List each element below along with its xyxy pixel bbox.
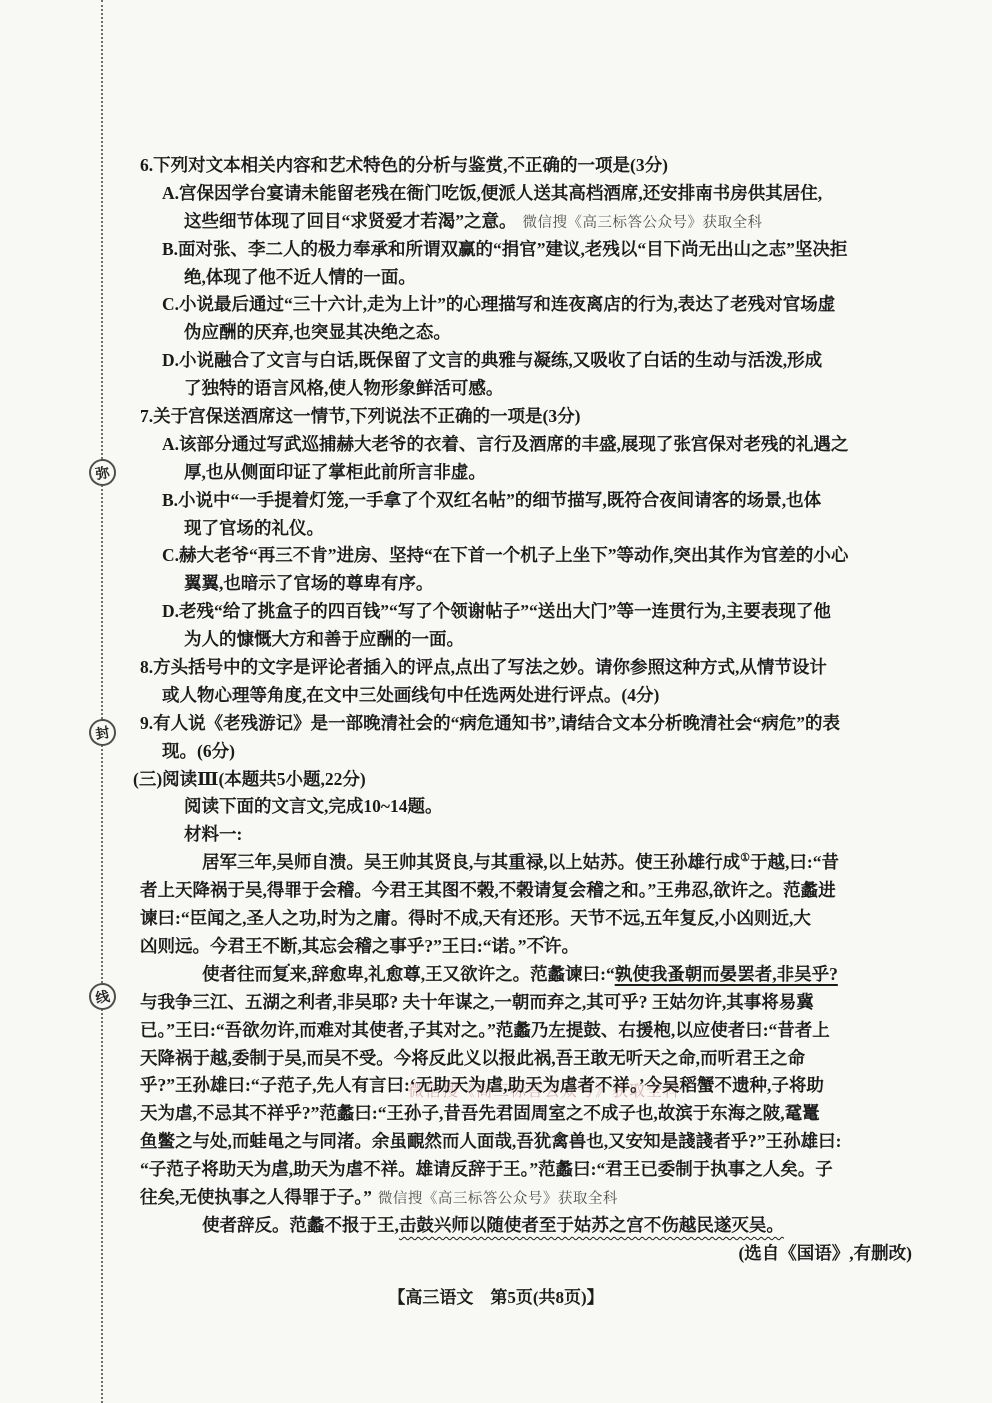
text-line: 鱼鳖之与处,而蛙黾之与同渚。余虽靦然而人面哉,吾犹禽兽也,又安知是諓諓者乎?”王… xyxy=(140,1128,940,1156)
text-segment: 已。”王曰:“吾欲勿许,而难对其使者,子其对之。”范蠡乃左提鼓、右援枹,以应使者… xyxy=(140,1020,830,1040)
text-segment: ,其忘会稽之事乎?”王曰:“诺。”不许。 xyxy=(298,936,579,956)
watermark-text: 微信搜《高三标答公众号》获取全科 xyxy=(378,1191,618,1207)
text-segment: 9.有人说《老残游记》是一部晚清社会的“病危通知书”,请结合文本分析晚清社会“病… xyxy=(140,713,840,733)
text-segment: 现了官场的礼仪。 xyxy=(184,518,324,538)
text-line: 了独特的语言风格,使人物形象鲜活可感。 xyxy=(140,375,940,403)
text-line: 使者辞反。范蠡不报于王,击鼓兴师以随使者至于姑苏之宫不伤越民遂灭吴。 xyxy=(140,1212,940,1240)
text-line: C.赫大老爷“再三不肯”进房、坚持“在下首一个机子上坐下”等动作,突出其作为官差… xyxy=(140,542,940,570)
text-segment: 与我争三江、五湖之利者,非吴耶? 夫十年谋之,一朝而弃之,其可乎? 王姑勿许,其… xyxy=(140,992,814,1012)
text-line: 者上天降祸于吴,得罪于会稽。今君王其图不榖,不榖请复会稽之和。”王弗忍,欲许之。… xyxy=(140,877,940,905)
text-segment: “子范子将助天为虐,助天为虐不祥。雄请反辞于王。”范蠡曰:“君王已委制于执事之人… xyxy=(140,1159,833,1179)
text-segment: D.小说融合了文言与白话,既保留了文言的典雅与凝练,又吸收了白话的生动与活泼,形… xyxy=(162,350,822,370)
text-segment: 使者往而复来,辞愈卑,礼愈尊,王又欲许之。范蠡谏曰:“ xyxy=(202,964,615,984)
text-segment: 者上天降祸于吴,得罪于会稽。今君王其图不榖,不榖请复会稽之和。”王弗忍,欲许之。… xyxy=(140,880,836,900)
page-footer: 【高三语文 第5页(共8页)】 xyxy=(0,1283,992,1308)
seal-stamp-xian: 线 xyxy=(87,981,118,1012)
text-line: (三)阅读Ⅲ(本题共5小题,22分) xyxy=(133,766,940,794)
seal-dotted-line xyxy=(101,0,103,1403)
text-segment: 凶则远。今君王不 xyxy=(140,936,280,956)
text-segment: 6.下列对文本相关内容和艺术特色的分析与鉴赏,不正确的一项是(3分) xyxy=(140,155,668,175)
text-line: 谏曰:“臣闻之,圣人之功,时为之庸。得时不成,天有还形。天节不远,五年复反,小凶… xyxy=(140,905,940,933)
text-segment: 居军三年,吴师自溃。吴王帅其贤良,与其重禄,以上姑苏。使王孙雄行成 xyxy=(202,852,740,872)
text-line: 7.关于宫保送酒席这一情节,下列说法不正确的一项是(3分) xyxy=(140,403,940,431)
text-line: 厚,也从侧面印证了掌柜此前所言非虚。 xyxy=(140,459,940,487)
text-line: 6.下列对文本相关内容和艺术特色的分析与鉴赏,不正确的一项是(3分) xyxy=(140,152,940,180)
text-segment: A.宫保因学台宴请未能留老残在衙门吃饭,便派人送其高档酒席,还安排南书房供其居住… xyxy=(162,183,822,203)
text-segment: 使者辞反。范蠡不报于王, xyxy=(202,1215,399,1235)
text-line: 这些细节体现了回目“求贤爱才若渴”之意。微信搜《高三标答公众号》获取全科 xyxy=(140,208,940,236)
text-line: 8.方头括号中的文字是评论者插入的评点,点出了写法之妙。请你参照这种方式,从情节… xyxy=(140,654,940,682)
text-segment: C.小说最后通过“三十六计,走为上计”的心理描写和连夜离店的行为,表达了老残对官… xyxy=(162,294,835,314)
text-segment: 了独特的语言风格,使人物形象鲜活可感。 xyxy=(184,378,503,398)
text-line: “子范子将助天为虐,助天为虐不祥。雄请反辞于王。”范蠡曰:“君王已委制于执事之人… xyxy=(140,1156,940,1184)
seal-stamp-mi: 弥 xyxy=(87,457,118,488)
text-segment: B.面对张、李二人的极力奉承和所谓双赢的“捐官”建议,老残以“目下尚无出山之志”… xyxy=(162,239,847,259)
text-line: A.该部分通过写武巡捕赫大老爷的衣着、言行及酒席的丰盛,展现了张宫保对老残的礼遇… xyxy=(140,431,940,459)
text-segment: 7.关于宫保送酒席这一情节,下列说法不正确的一项是(3分) xyxy=(140,406,580,426)
seal-char: 弥 xyxy=(94,461,111,483)
text-segment: 材料一: xyxy=(184,824,242,844)
text-segment: B.小说中“一手提着灯笼,一手拿了个双红名帖”的细节描写,既符合夜间请客的场景,… xyxy=(162,490,821,510)
text-line: D.老残“给了挑盒子的四百钱”“写了个领谢帖子”“送出大门”等一连贯行为,主要表… xyxy=(140,598,940,626)
text-segment: 这些细节体现了回目“求贤爱才若渴”之意。 xyxy=(184,211,517,231)
text-segment: 天为虐,不忌其不祥乎?”范蠡曰:“王孙子,昔吾先君固周室之不成子也,故滨于东海之… xyxy=(140,1103,820,1123)
watermark-text: 微信搜《高三标答公众号》获取全科 xyxy=(523,215,763,231)
text-segment: 或人物心理等角度,在文中三处画线句中任选两处进行评点。(4分) xyxy=(162,685,659,705)
text-segment: D.老残“给了挑盒子的四百钱”“写了个领谢帖子”“送出大门”等一连贯行为,主要表… xyxy=(162,601,831,621)
text-segment: (选自《国语》,有删改) xyxy=(738,1243,912,1263)
text-line: 使者往而复来,辞愈卑,礼愈尊,王又欲许之。范蠡谏曰:“孰使我蚤朝而晏罢者,非吴乎… xyxy=(140,961,940,989)
seal-char: 封 xyxy=(94,721,111,743)
text-segment: 8.方头括号中的文字是评论者插入的评点,点出了写法之妙。请你参照这种方式,从情节… xyxy=(140,657,827,677)
text-segment: 翼翼,也暗示了官场的尊卑有序。 xyxy=(184,573,433,593)
text-segment: 现。(6分) xyxy=(162,741,235,761)
text-line: 翼翼,也暗示了官场的尊卑有序。 xyxy=(140,570,940,598)
text-line: 天降祸于越,委制于吴,而吴不受。今将反此义以报此祸,吾王敢无听天之命,而听君王之… xyxy=(140,1045,940,1073)
text-segment: 击鼓兴师以随使者至于姑苏之宫不伤越民遂灭吴。 xyxy=(399,1215,784,1235)
text-line: 已。”王曰:“吾欲勿许,而难对其使者,子其对之。”范蠡乃左提鼓、右援枹,以应使者… xyxy=(140,1017,940,1045)
seal-char: 线 xyxy=(94,985,111,1007)
text-segment: 。天节不远,五年复反,小凶则近,大 xyxy=(553,908,811,928)
text-line: B.小说中“一手提着灯笼,一手拿了个双红名帖”的细节描写,既符合夜间请客的场景,… xyxy=(140,487,940,515)
text-segment: 伪应酬的厌弃,也突显其决绝之态。 xyxy=(184,322,451,342)
text-line: 往矣,无使执事之人得罪于子。”微信搜《高三标答公众号》获取全科 xyxy=(140,1184,940,1212)
text-line: 现。(6分) xyxy=(140,738,940,766)
text-line: 绝,体现了他不近人情的一面。 xyxy=(140,264,940,292)
text-line: 居军三年,吴师自溃。吴王帅其贤良,与其重禄,以上姑苏。使王孙雄行成①于越,曰:“… xyxy=(140,849,940,877)
text-segment: 为人的慷慨大方和善于应酬的一面。 xyxy=(184,629,464,649)
text-line: 现了官场的礼仪。 xyxy=(140,515,940,543)
text-line: C.小说最后通过“三十六计,走为上计”的心理描写和连夜离店的行为,表达了老残对官… xyxy=(140,291,940,319)
text-line: 乎?”王孙雄曰:“子范子,先人有言曰:‘无助天为虐,助天为虐者不祥。’今吴稻蟹不… xyxy=(140,1072,940,1100)
text-segment: ① xyxy=(740,852,750,864)
text-segment: 谏曰:“臣闻之,圣人之功,时为之庸。得时不成,天有还 xyxy=(140,908,535,928)
text-segment: 于越,曰:“昔 xyxy=(750,852,839,872)
text-segment: 往矣,无使执事之人得罪于子。” xyxy=(140,1187,372,1207)
text-line: 与我争三江、五湖之利者,非吴耶? 夫十年谋之,一朝而弃之,其可乎? 王姑勿许,其… xyxy=(140,989,940,1017)
text-line: 伪应酬的厌弃,也突显其决绝之态。 xyxy=(140,319,940,347)
text-line: 材料一: xyxy=(140,821,940,849)
text-segment: 天降祸于越,委制于吴,而吴不受。今将反此义以报此祸,吾王敢无听天之命,而听君王之… xyxy=(140,1048,805,1068)
text-segment: 绝,体现了他不近人情的一面。 xyxy=(184,267,416,287)
text-segment: 乎?”王孙雄曰:“子范子,先人有言曰:‘无助天为虐,助天为虐者不祥。’今吴稻蟹不… xyxy=(140,1075,824,1095)
text-segment: 断 xyxy=(280,933,298,961)
text-line: 天为虐,不忌其不祥乎?”范蠡曰:“王孙子,昔吾先君固周室之不成子也,故滨于东海之… xyxy=(140,1100,940,1128)
exam-page: 弥 封 线 微信搜《高三标答公众号》获取全科 6.下列对文本相关内容和艺术特色的… xyxy=(0,0,992,1403)
text-line: 为人的慷慨大方和善于应酬的一面。 xyxy=(140,626,940,654)
text-segment: A.该部分通过写武巡捕赫大老爷的衣着、言行及酒席的丰盛,展现了张宫保对老残的礼遇… xyxy=(162,434,848,454)
text-line: A.宫保因学台宴请未能留老残在衙门吃饭,便派人送其高档酒席,还安排南书房供其居住… xyxy=(140,180,940,208)
text-segment: 阅读下面的文言文,完成10~14题。 xyxy=(184,796,442,816)
text-line: B.面对张、李二人的极力奉承和所谓双赢的“捐官”建议,老残以“目下尚无出山之志”… xyxy=(140,236,940,264)
text-line: (选自《国语》,有删改) xyxy=(140,1240,940,1268)
seal-stamp-feng: 封 xyxy=(87,717,118,748)
text-segment: C.赫大老爷“再三不肯”进房、坚持“在下首一个机子上坐下”等动作,突出其作为官差… xyxy=(162,545,848,565)
text-line: 或人物心理等角度,在文中三处画线句中任选两处进行评点。(4分) xyxy=(140,682,940,710)
text-line: 阅读下面的文言文,完成10~14题。 xyxy=(140,793,940,821)
text-line: D.小说融合了文言与白话,既保留了文言的典雅与凝练,又吸收了白话的生动与活泼,形… xyxy=(140,347,940,375)
text-segment: 鱼鳖之与处,而蛙黾之与同渚。余虽靦然而人面哉,吾犹禽兽也,又安知是諓諓者乎?”王… xyxy=(140,1131,841,1151)
text-segment: 形 xyxy=(535,905,553,933)
text-segment: (三)阅读Ⅲ(本题共5小题,22分) xyxy=(133,769,366,789)
text-line: 9.有人说《老残游记》是一部晚清社会的“病危通知书”,请结合文本分析晚清社会“病… xyxy=(140,710,940,738)
text-segment: 孰使我蚤朝而晏罢者,非吴乎? xyxy=(615,964,838,984)
text-line: 凶则远。今君王不断,其忘会稽之事乎?”王曰:“诺。”不许。 xyxy=(140,933,940,961)
text-segment: 厚,也从侧面印证了掌柜此前所言非虚。 xyxy=(184,462,486,482)
document-lines: 6.下列对文本相关内容和艺术特色的分析与鉴赏,不正确的一项是(3分)A.宫保因学… xyxy=(140,152,940,1268)
